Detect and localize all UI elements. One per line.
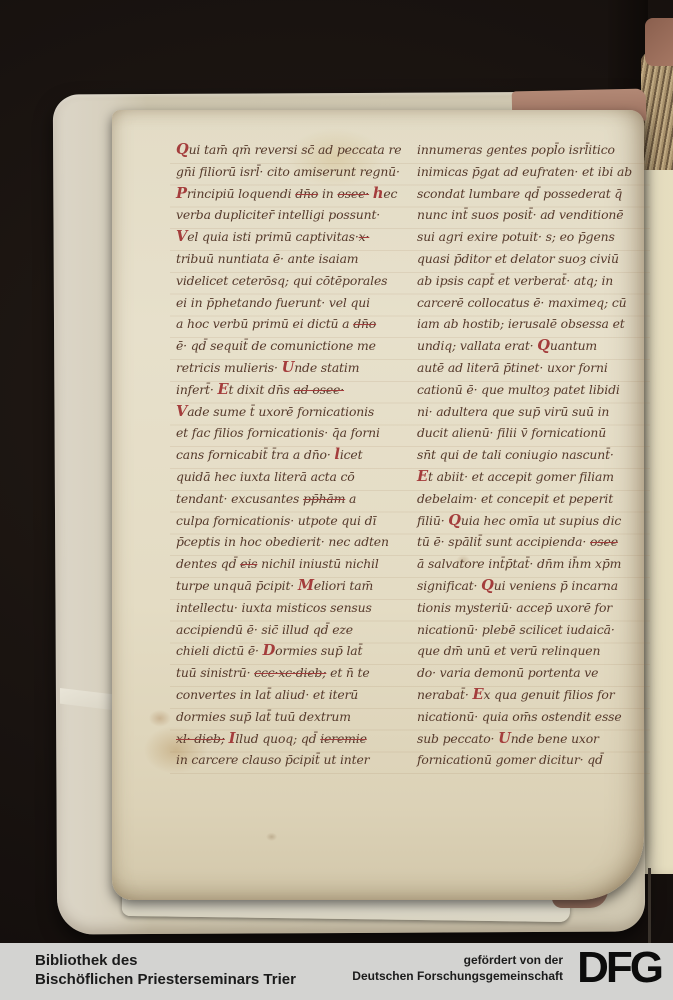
manuscript-line: Vel quia isti primū captivitas·x· — [176, 226, 401, 248]
manuscript-line: nunc int̄ suos posit̄· ad venditionē — [417, 204, 632, 226]
rubric-initial: U — [282, 359, 295, 376]
red-struck-word: dn̄o — [295, 186, 318, 201]
manuscript-line: gn̄i filiorū isrl̄· cito amiserunt regnū… — [176, 161, 401, 183]
manuscript-line: retricis mulieris· Unde statim — [176, 357, 401, 379]
manuscript-line: innumeras gentes popl̄o isrl̄itico — [417, 139, 632, 161]
rubric-initial: P — [176, 185, 187, 202]
manuscript-line: quasi p̄ditor et delator suoȝ civiū — [417, 248, 632, 270]
rubric-initial: Q — [481, 577, 494, 594]
rubric-initial: V — [176, 228, 187, 245]
manuscript-line: tuū sinistrū· ccc·xc·dieb; et n̄ te — [176, 662, 401, 684]
manuscript-line: tendant· excusantes pp̄hām a — [176, 488, 401, 510]
library-name: Bibliothek des Bischöflichen Priestersem… — [35, 951, 296, 989]
manuscript-line: sn̄t qui de tali coniugio nascunt̄· — [417, 444, 632, 466]
funding-credit-line2: Deutschen Forschungsgemeinschaft — [352, 968, 563, 984]
manuscript-line: culpa fornicationis· utpote qui dī — [176, 510, 401, 532]
manuscript-line: Qui tam̄ qm̄ reversi sc̄ ad peccata re — [176, 139, 401, 161]
manuscript-line: xl· dieb; Illud quoq; qd̄ ieremie — [176, 728, 401, 750]
fore-edge-leather-patch — [645, 18, 673, 66]
red-struck-word: osee — [590, 534, 618, 549]
rubric-initial: E — [472, 686, 483, 703]
rubric-initial: Q — [448, 512, 461, 529]
rubric-initial: V — [176, 403, 187, 420]
rubric-initial: M — [298, 577, 314, 594]
red-struck-word: pp̄hām — [303, 491, 345, 506]
manuscript-line: a hoc verbū primū ei dictū a dn̄o — [176, 313, 401, 335]
red-struck-word: dn̄o — [353, 316, 376, 331]
rubric-initial: Q — [176, 141, 189, 158]
manuscript-line: nerabat̄· Ex qua genuit filios for — [417, 684, 632, 706]
manuscript-line: iam ab hostib; ierusalē obsessa et — [417, 313, 632, 335]
library-name-line2: Bischöflichen Priesterseminars Trier — [35, 970, 296, 989]
manuscript-line: nicationū· plebē scilicet iudaicā· — [417, 619, 632, 641]
digitized-manuscript-scan: Qui tam̄ qm̄ reversi sc̄ ad peccata regn… — [0, 0, 673, 1000]
manuscript-line: ab ipsis capt̄ et verberat̄· atq; in — [417, 270, 632, 292]
funding-credit: gefördert von der Deutschen Forschungsge… — [352, 952, 563, 984]
manuscript-line: Principiū loquendi dn̄o in osee· hec — [176, 183, 401, 205]
text-column-right: innumeras gentes popl̄o isrl̄iticoinimic… — [417, 139, 632, 771]
manuscript-line: do· varia demonū portenta ve — [417, 662, 632, 684]
manuscript-line: cationū ē· que multoȝ patet libidi — [417, 379, 632, 401]
manuscript-line: accipiendū ē· sic̄ illud qd̄ eze — [176, 619, 401, 641]
manuscript-line: inimicas p̄gat ad eufraten· et ibi ab — [417, 161, 632, 183]
manuscript-line: autē ad literā p̄tinet· uxor forni — [417, 357, 632, 379]
manuscript-line: chieli dictū ē· Dormies sup̄ lat̄ — [176, 640, 401, 662]
manuscript-line: Et abiit· et accepit gomer filiam — [417, 466, 632, 488]
manuscript-line: infert̄· Et dixit dn̄s ad osee· — [176, 379, 401, 401]
manuscript-line: intellectu· iuxta misticos sensus — [176, 597, 401, 619]
dfg-logo: DFG — [577, 943, 661, 993]
manuscript-line: ē· qd̄ sequit̄ de comunictione me — [176, 335, 401, 357]
cover-edge-line — [648, 868, 651, 944]
manuscript-line: Vade sume t̄ uxorē fornicationis — [176, 401, 401, 423]
manuscript-line: debelaim· et concepit et peperit — [417, 488, 632, 510]
manuscript-line: ei in p̄phetando fuerunt· vel qui — [176, 292, 401, 314]
rubric-initial: E — [417, 468, 428, 485]
text-column-left: Qui tam̄ qm̄ reversi sc̄ ad peccata regn… — [176, 139, 401, 771]
manuscript-line: dormies sup̄ lat̄ tuū dextrum — [176, 706, 401, 728]
manuscript-line: ni· adultera que sup̄ virū suū in — [417, 401, 632, 423]
library-name-line1: Bibliothek des — [35, 951, 296, 970]
manuscript-line: scondat lumbare qd̄ possederat q̄ — [417, 183, 632, 205]
manuscript-line: ā salvatore int̄p̄tat̄· dn̄m ih̄m xp̄m — [417, 553, 632, 575]
footer-bar: Bibliothek des Bischöflichen Priestersem… — [0, 943, 673, 1000]
manuscript-line: videlicet ceterōsq; qui cōtēporales — [176, 270, 401, 292]
rubric-initial: E — [217, 381, 228, 398]
manuscript-line: tū ē· spālit̄ sunt accipienda· osee — [417, 531, 632, 553]
red-struck-word: ad osee· — [294, 382, 344, 397]
red-struck-word: ccc·xc·dieb; — [254, 665, 326, 680]
red-struck-word: eis — [240, 556, 257, 571]
manuscript-line: fornicationū gomer dicitur· qd̄ — [417, 749, 632, 771]
manuscript-line: in carcere clauso p̄cipit̄ ut inter — [176, 749, 401, 771]
red-struck-word: osee· — [337, 186, 369, 201]
manuscript-line: cans fornicabit̄ t̄ra a dn̄o· licet — [176, 444, 401, 466]
rubric-initial: U — [498, 730, 511, 747]
manuscript-line: convertes in lat̄ aliud· et iterū — [176, 684, 401, 706]
manuscript-line: significat· Qui veniens p̄ incarna — [417, 575, 632, 597]
manuscript-line: nicationū· quia om̄s ostendit esse — [417, 706, 632, 728]
rubric-initial: Q — [537, 337, 550, 354]
manuscript-line: ducit alienū· filii v̄ fornicationū — [417, 422, 632, 444]
manuscript-line: sub peccato· Unde bene uxor — [417, 728, 632, 750]
funding-credit-line1: gefördert von der — [352, 952, 563, 968]
rubric-initial: h — [373, 185, 383, 202]
manuscript-line: turpe unquā p̄cipit· Meliori tam̄ — [176, 575, 401, 597]
manuscript-line: dentes qd̄ eis nichil iniustū nichil — [176, 553, 401, 575]
manuscript-line: p̄ceptis in hoc obedierit· nec adten — [176, 531, 401, 553]
manuscript-line: et fac filios fornicationis· q̄a forni — [176, 422, 401, 444]
manuscript-line: quidā hec iuxta literā acta cō — [176, 466, 401, 488]
red-struck-word: x· — [359, 229, 370, 244]
red-struck-word: xl· dieb; — [176, 731, 225, 746]
manuscript-line: tribuū nuntiata ē· ante isaiam — [176, 248, 401, 270]
manuscript-line: verba dupliciter̄ intelligi possunt· — [176, 204, 401, 226]
manuscript-line: sui agri exire potuit· s; eo p̄gens — [417, 226, 632, 248]
red-struck-word: ieremie — [320, 731, 367, 746]
manuscript-line: filiū· Quia hec omīa ut supius dic — [417, 510, 632, 532]
manuscript-line: carcerē collocatus ē· maximeq; cū — [417, 292, 632, 314]
manuscript-line: tionis mysteriū· accep̄ uxorē for — [417, 597, 632, 619]
manuscript-line: que dm̄ unū et verū relinquen — [417, 640, 632, 662]
manuscript-line: undiq; vallata erat· Quantum — [417, 335, 632, 357]
rubric-initial: D — [263, 642, 276, 659]
